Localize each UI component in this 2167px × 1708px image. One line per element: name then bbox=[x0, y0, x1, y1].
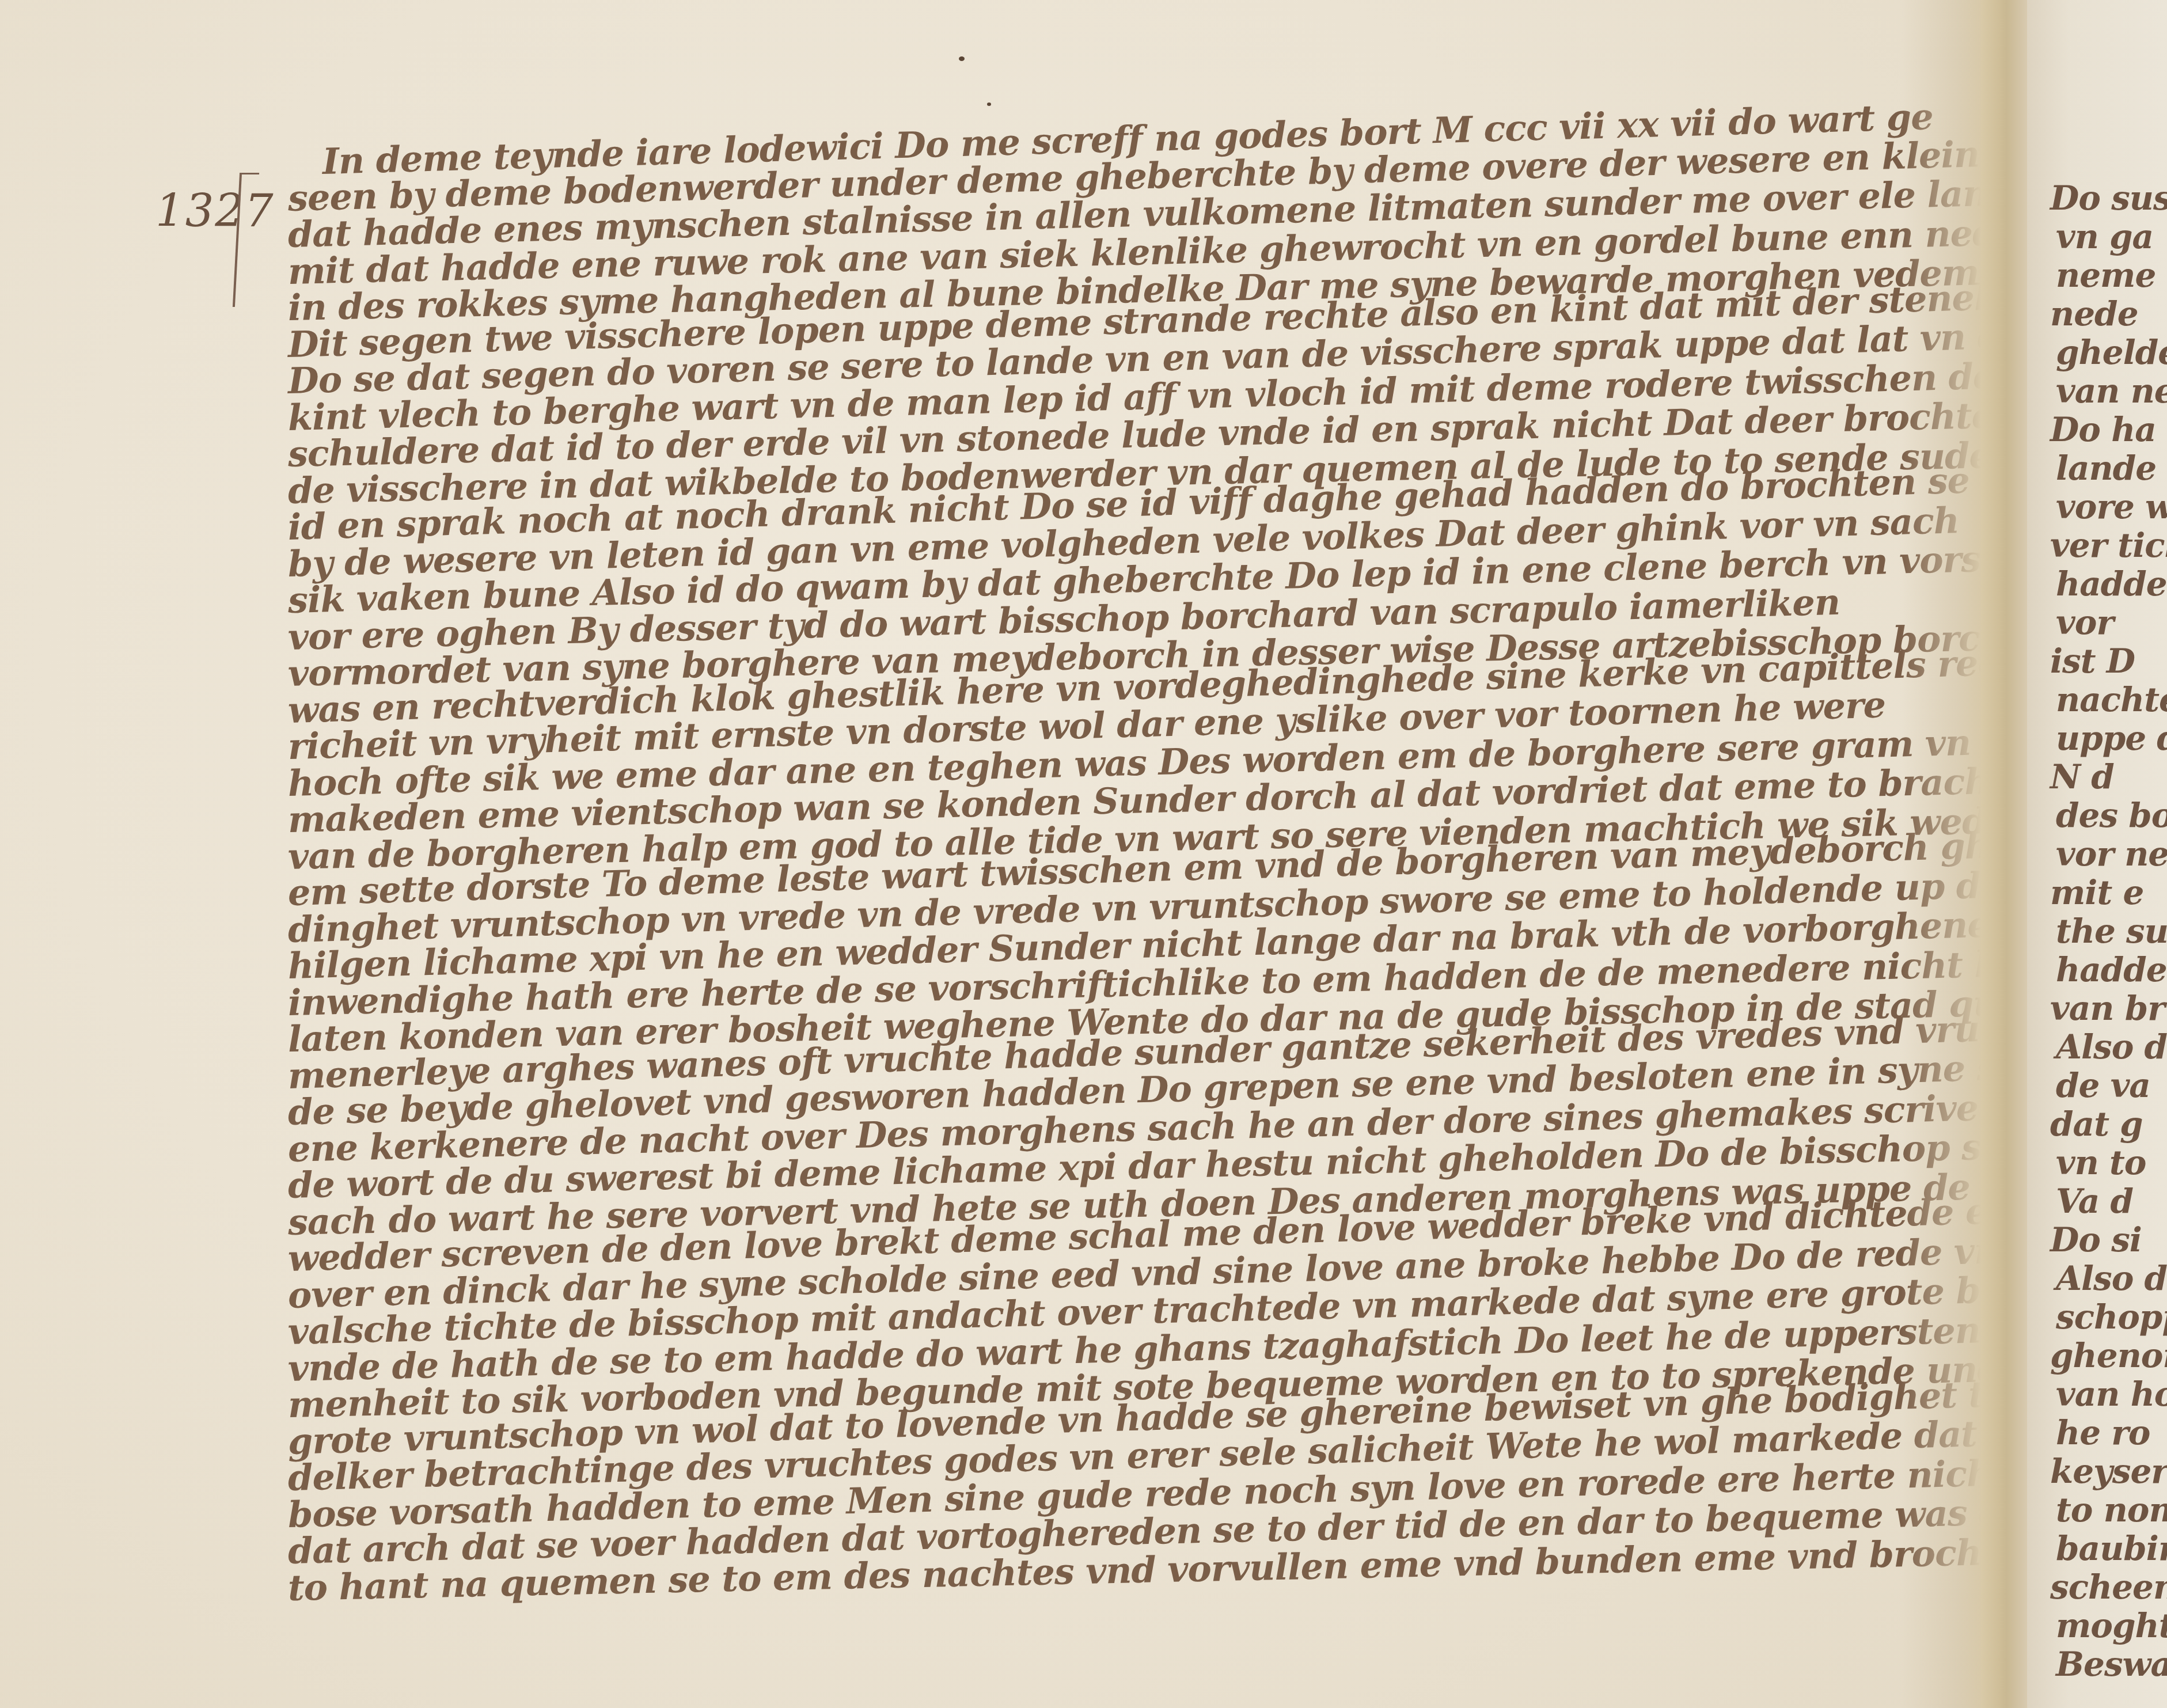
facing-page-line: schoppe bbox=[2056, 1297, 2167, 1337]
facing-page-line: vor ne bbox=[2056, 834, 2167, 874]
facing-page-line: Do sus bbox=[2050, 179, 2167, 218]
facing-page-line: Va d bbox=[2056, 1182, 2133, 1221]
facing-page-line: ghenom bbox=[2050, 1336, 2167, 1375]
facing-page-line: Beswa bbox=[2056, 1645, 2167, 1684]
facing-page-line: de va bbox=[2056, 1066, 2150, 1105]
facing-page-line: neme bbox=[2056, 256, 2155, 295]
facing-page-line: van br bbox=[2050, 989, 2165, 1028]
facing-page-line: moghte bbox=[2056, 1606, 2167, 1645]
facing-page-line: he ro bbox=[2056, 1413, 2150, 1452]
facing-page-line: nede bbox=[2050, 294, 2138, 333]
facing-page-line: baubirt bbox=[2056, 1529, 2167, 1568]
right-manuscript-page: Do susvn ganemenedegheldevan neDo haland… bbox=[2027, 0, 2167, 1708]
facing-page-line: vn ga bbox=[2056, 217, 2153, 256]
facing-page-line: hadde bbox=[2056, 564, 2167, 604]
facing-page-line: van ne bbox=[2056, 371, 2167, 411]
ink-blot bbox=[959, 56, 965, 61]
facing-page-line: ver tich bbox=[2050, 526, 2167, 565]
facing-page-line: Do si bbox=[2050, 1220, 2142, 1259]
left-manuscript-page: 1327 In deme teynde iare lodewici Do me … bbox=[0, 0, 1981, 1708]
facing-page-line: N d bbox=[2050, 757, 2114, 796]
facing-page-line: van ho bbox=[2056, 1375, 2167, 1414]
facing-page-line: Also d bbox=[2056, 1259, 2167, 1298]
facing-page-line: the su bbox=[2056, 912, 2167, 951]
facing-page-line: dat g bbox=[2050, 1104, 2143, 1144]
ink-blot bbox=[987, 103, 991, 106]
facing-page-line: vn to bbox=[2056, 1143, 2146, 1182]
facing-page-line: lande bbox=[2056, 449, 2156, 488]
facing-page-line: vore w bbox=[2056, 487, 2167, 526]
facing-page-line: ghelde bbox=[2056, 333, 2167, 372]
facing-page-line: des bor bbox=[2056, 796, 2167, 835]
facing-page-line: mit e bbox=[2050, 873, 2143, 912]
facing-page-line: keyser bbox=[2050, 1452, 2167, 1491]
facing-page-line: ist D bbox=[2050, 642, 2135, 681]
facing-page-line: to nom bbox=[2056, 1490, 2167, 1529]
facing-page-line: hadde bbox=[2056, 950, 2167, 989]
facing-page-line: scheen bbox=[2050, 1567, 2167, 1607]
facing-page-line: Also d bbox=[2056, 1027, 2167, 1066]
facing-page-line: uppe d bbox=[2056, 719, 2167, 758]
book-gutter bbox=[1981, 0, 2027, 1708]
facing-page-line: nachte bbox=[2056, 680, 2167, 719]
facing-page-line: Do ha bbox=[2050, 410, 2156, 449]
facing-page-line: vor bbox=[2056, 603, 2113, 642]
